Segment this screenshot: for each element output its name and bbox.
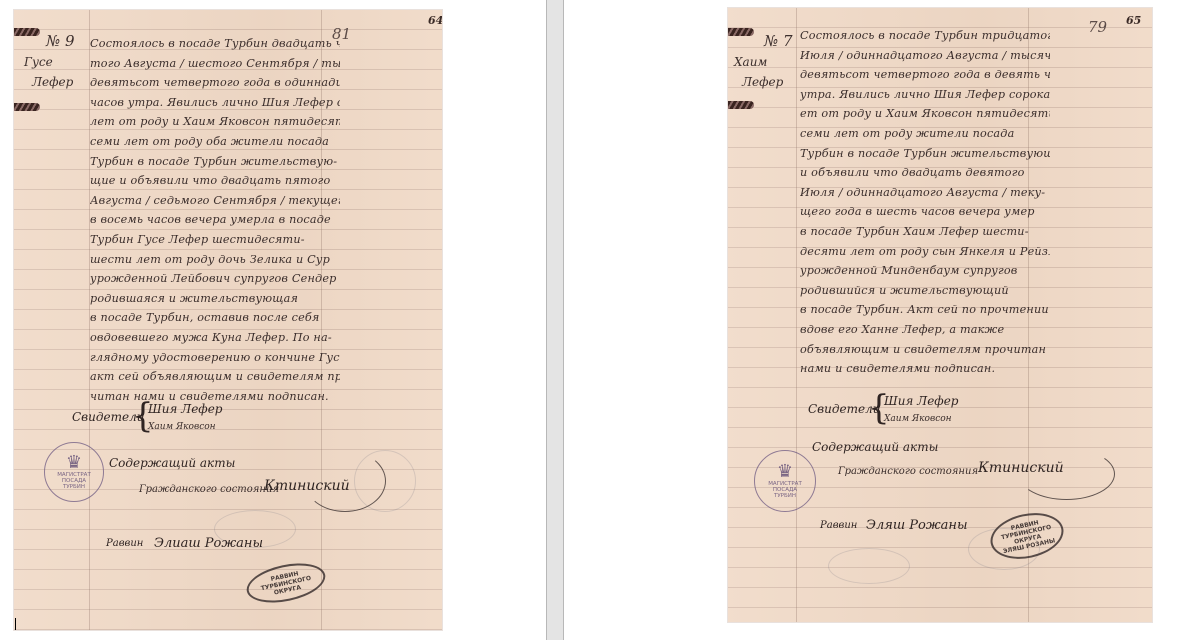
body-line: Августа / седьмого Сентября / текущего г… — [90, 191, 340, 211]
page-divider-splitter[interactable] — [546, 0, 564, 640]
record-number: № 7 — [764, 32, 793, 50]
body-line: урожденной Минденбаум супругов — [800, 261, 1050, 281]
body-line: Состоялось в посаде Турбин тридцатого — [800, 26, 1050, 46]
witness-signature: Хаим Яковсон — [148, 422, 216, 432]
left-page-pane[interactable]: № 9 Гусе Лефер 81 64 Состоялось в посаде… — [0, 0, 546, 640]
margin-name-first: Хаим — [734, 52, 767, 72]
body-line: в восемь часов вечера умерла в посаде — [90, 210, 340, 230]
body-line: в посаде Турбин Хаим Лефер шести- — [800, 222, 1050, 242]
binding-ribbon — [14, 28, 40, 36]
body-line: вдове его Ханне Лефер, а также — [800, 320, 1050, 340]
registrar-label: Содержащий акты — [109, 456, 235, 470]
rabbi-signature: Элиаш Рожаны — [154, 536, 263, 551]
record-body-text: Состоялось в посаде Турбин тридцатого Ию… — [800, 26, 1050, 379]
body-line: глядному удостоверению о кончине Гусе Ле… — [90, 348, 340, 368]
body-line: утра. Явились лично Шия Лефер сорока ле- — [800, 85, 1050, 105]
rabbi-label: Раввин — [106, 538, 143, 549]
magistrate-seal-round: ♛ МАГИСТРАТ ПОСАДА ТУРБИН — [44, 442, 104, 502]
body-line: щего года в шесть часов вечера умер — [800, 202, 1050, 222]
right-page-pane[interactable]: № 7 Хаим Лефер 79 65 Состоялось в посаде… — [564, 0, 1190, 640]
witness-signature: Шия Лефер — [148, 402, 222, 416]
margin-name-last: Лефер — [742, 72, 783, 92]
body-line: девятьсот четвертого года в одиннадцать — [90, 73, 340, 93]
margin-name-first: Гусе — [24, 52, 53, 72]
bleedthrough-seal — [828, 548, 910, 584]
body-line: ет от роду и Хаим Яковсон пятидесяти- — [800, 104, 1050, 124]
body-line: и объявили что двадцать девятого — [800, 163, 1050, 183]
witness-signature: Шия Лефер — [884, 394, 958, 408]
body-line: щие и объявили что двадцать пятого — [90, 171, 340, 191]
record-body-text: Состоялось в посаде Турбин двадцать четв… — [90, 34, 340, 406]
page-number: 79 — [1088, 18, 1107, 36]
document-page-left[interactable]: № 9 Гусе Лефер 81 64 Состоялось в посаде… — [14, 10, 442, 630]
body-line: Турбин в посаде Турбин жительствующие — [800, 144, 1050, 164]
body-line: урожденной Лейбович супругов Сендер — [90, 269, 340, 289]
registrar-title: Гражданского состояния — [838, 466, 978, 477]
body-line: Состоялось в посаде Турбин двадцать четв… — [90, 34, 340, 54]
body-line: родившаяся и жительствующая — [90, 289, 340, 309]
binding-ribbon — [728, 101, 754, 109]
magistrate-seal-round: ♛ МАГИСТРАТ ПОСАДА ТУРБИН — [754, 450, 816, 512]
body-line: родившийся и жительствующий — [800, 281, 1050, 301]
body-line: часов утра. Явились лично Шия Лефер соро… — [90, 93, 340, 113]
rabbi-seal-oval: РАВВИН ТУРБИНСКОГО ОКРУГА — [243, 557, 329, 609]
corner-number: 64 — [428, 14, 442, 27]
body-line: акт сей объявляющим и свидетелям про- — [90, 367, 340, 387]
body-line: Турбин в посаде Турбин жительствую- — [90, 152, 340, 172]
margin-name-last: Лефер — [32, 72, 73, 92]
body-line: десяти лет от роду сын Янкеля и Рейзли — [800, 242, 1050, 262]
body-line: лет от роду и Хаим Яковсон пятидесяти- — [90, 112, 340, 132]
witness-signature: Хаим Яковсон — [884, 414, 952, 424]
body-line: девятьсот четвертого года в девять часов — [800, 65, 1050, 85]
body-line: Турбин Гусе Лефер шестидесяти- — [90, 230, 340, 250]
registrar-title: Гражданского состояния — [139, 484, 279, 495]
body-line: в посаде Турбин. Акт сей по прочтении — [800, 300, 1050, 320]
binding-ribbon — [728, 28, 754, 36]
double-eagle-icon: ♛ — [66, 454, 82, 472]
document-page-right[interactable]: № 7 Хаим Лефер 79 65 Состоялось в посаде… — [728, 8, 1152, 622]
body-line: Июля / одиннадцатого Августа / тысяча — [800, 46, 1050, 66]
corner-number: 65 — [1126, 14, 1141, 27]
body-line: объявляющим и свидетелям прочитан — [800, 340, 1050, 360]
double-eagle-icon: ♛ — [777, 463, 793, 481]
record-number: № 9 — [46, 32, 75, 50]
signature-flourish — [1018, 448, 1115, 500]
rabbi-label: Раввин — [820, 520, 857, 531]
body-line: семи лет от роду жители посада — [800, 124, 1050, 144]
registrar-label: Содержащий акты — [812, 440, 938, 454]
text-cursor — [15, 618, 16, 630]
body-line: в посаде Турбин, оставив после себя — [90, 308, 340, 328]
body-line: семи лет от роду оба жители посада — [90, 132, 340, 152]
bleedthrough-seal — [354, 450, 416, 512]
body-line: того Августа / шестого Сентября / тысяча — [90, 54, 340, 74]
rabbi-signature: Эляш Рожаны — [866, 518, 968, 533]
body-line: нами и свидетелями подписан. — [800, 359, 1050, 379]
binding-ribbon — [14, 103, 40, 111]
body-line: овдовевшего мужа Куна Лефер. По на- — [90, 328, 340, 348]
margin-rule — [796, 8, 797, 622]
body-line: Июля / одиннадцатого Августа / теку- — [800, 183, 1050, 203]
body-line: шести лет от роду дочь Зелика и Сур — [90, 250, 340, 270]
